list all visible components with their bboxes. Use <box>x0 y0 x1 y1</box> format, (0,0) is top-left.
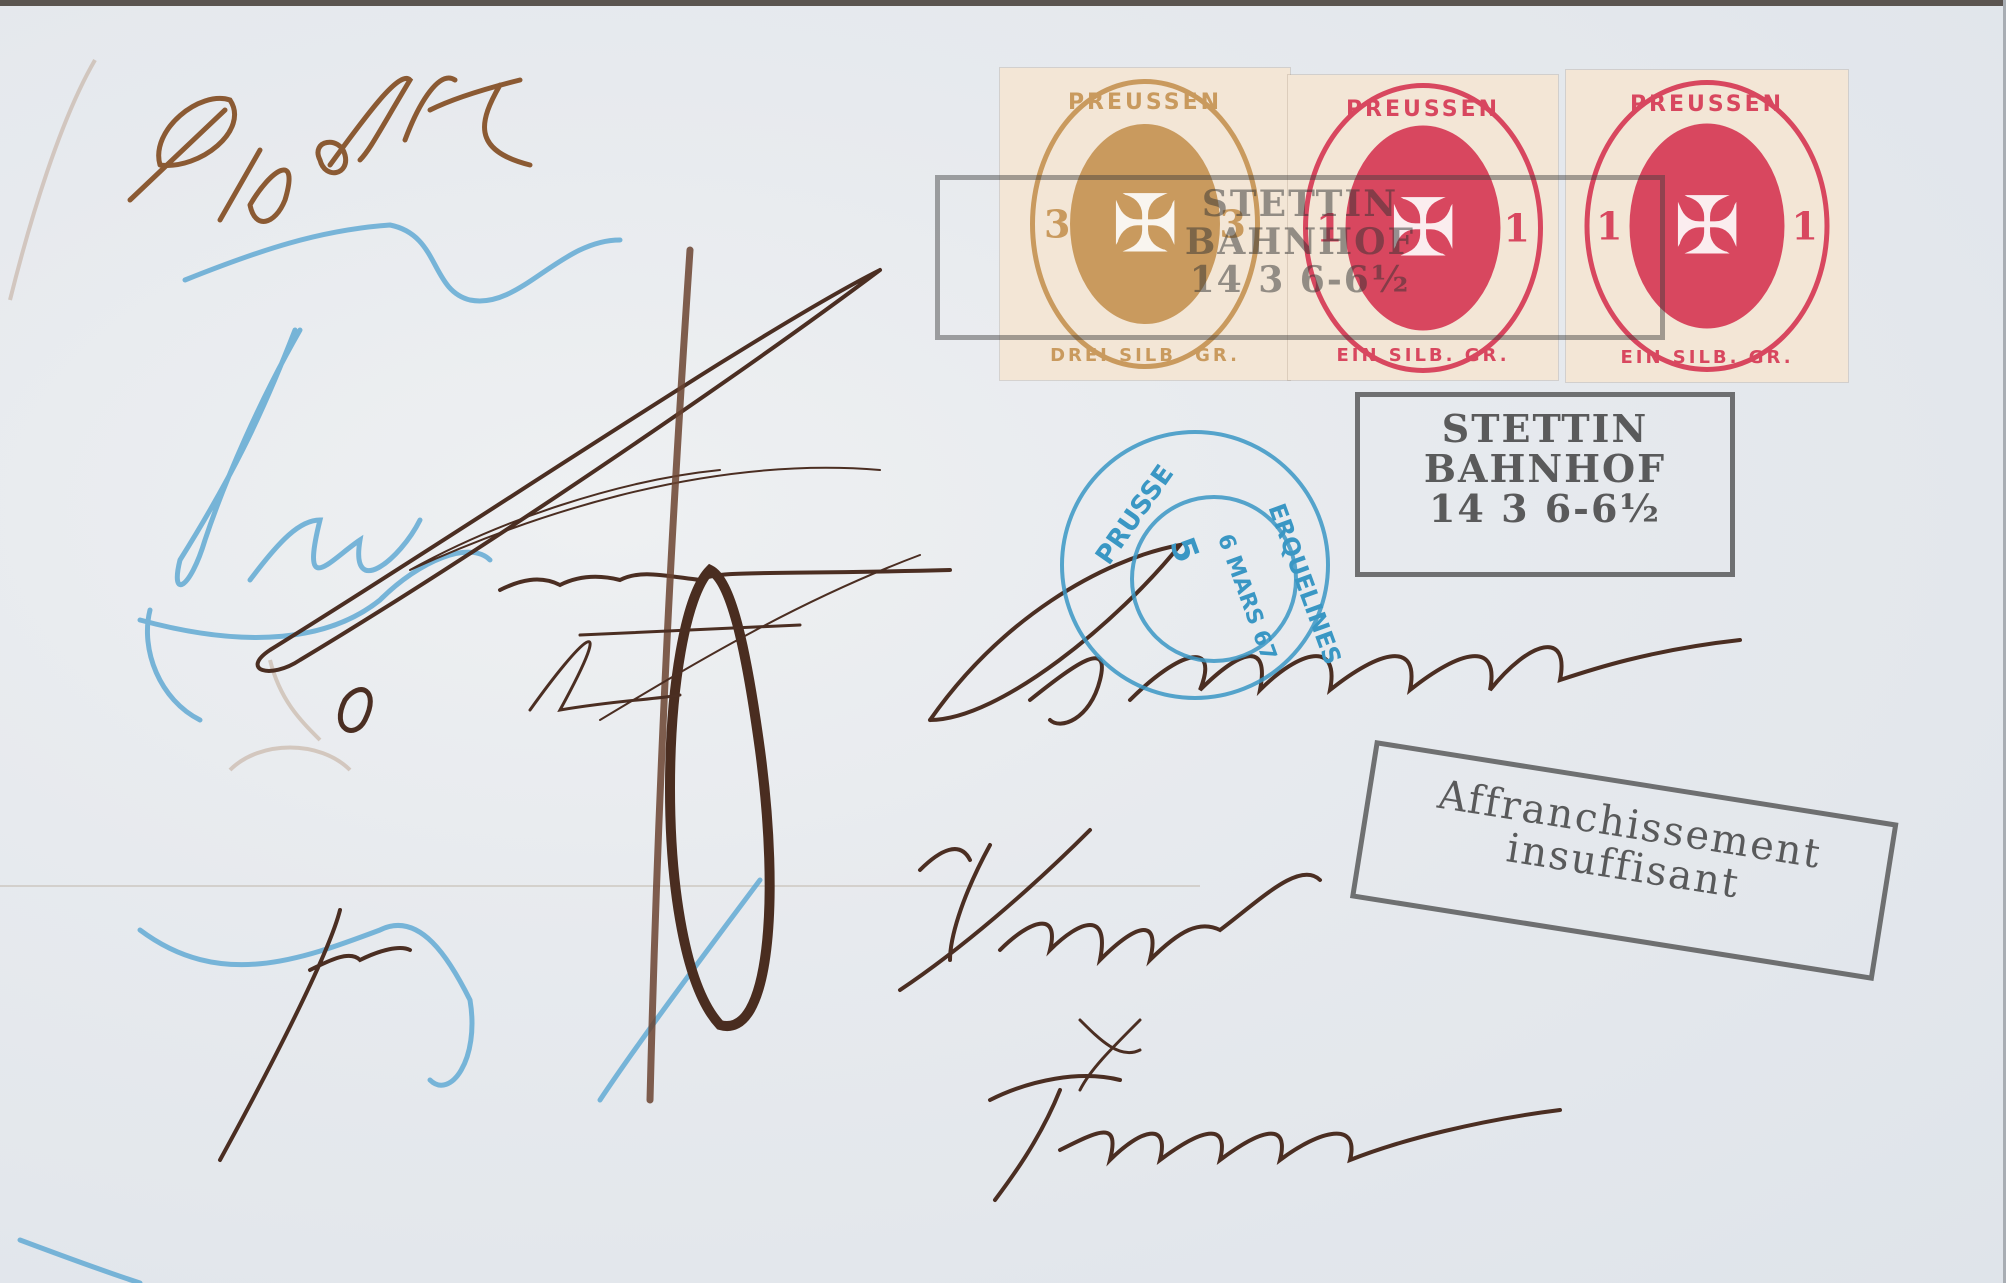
cancel-line-3: 14 3 6-6½ <box>940 262 1660 300</box>
blue-crayon-marks <box>20 225 760 1283</box>
stamp-value-text: EIN SILB. GR. <box>1288 345 1558 366</box>
stamp-value-text: EIN SILB. GR. <box>1566 347 1848 368</box>
stamp-country: PREUSSEN <box>1000 90 1290 115</box>
eagle-icon: ✠ <box>1673 180 1740 273</box>
stetin-box-cancel-on-stamps: STETTIN BAHNHOF 14 3 6-6½ <box>935 175 1665 340</box>
cancel-line-2: BAHNHOF <box>940 224 1660 262</box>
cancel-station: BAHNHOF <box>1360 449 1730 489</box>
prusse-erquelines-postmark: PRUSSE ERQUELINES 5 6 MARS 67 <box>1060 430 1330 700</box>
postal-cover: ✠ PREUSSEN DREI SILB. GR. 3 3 ✠ PREUSSEN… <box>0 0 2006 1283</box>
stamp-country: PREUSSEN <box>1288 97 1558 122</box>
stamp-country: PREUSSEN <box>1566 92 1848 117</box>
stamp-value-right: 1 <box>1792 204 1818 249</box>
cancel-line-1: STETTIN <box>940 186 1660 224</box>
stettin-bahnhof-box-cancel: STETTIN BAHNHOF 14 3 6-6½ <box>1355 392 1735 577</box>
cancel-date: 14 3 6-6½ <box>1360 489 1730 529</box>
stamp-value-text: DREI SILB. GR. <box>1000 345 1290 366</box>
cancel-city: STETTIN <box>1360 409 1730 449</box>
